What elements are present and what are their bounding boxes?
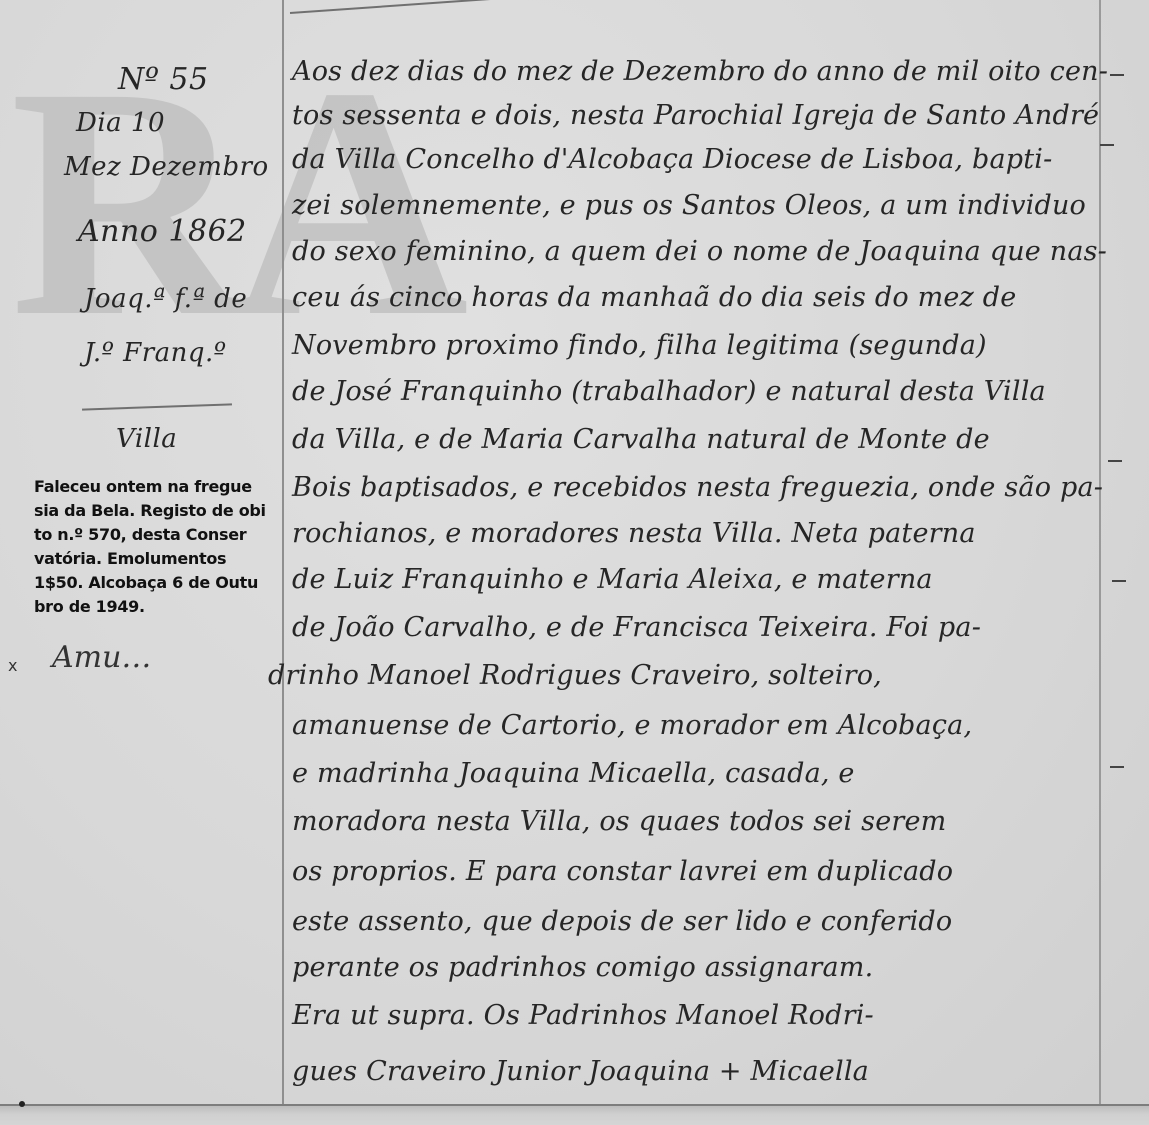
ink-spot: [19, 1101, 25, 1107]
body-line-8: de José Franquinho (trabalhador) e natur…: [292, 376, 1046, 407]
body-line-14: drinho Manoel Rodrigues Craveiro, soltei…: [268, 660, 882, 691]
body-line-11: rochianos, e moradores nesta Villa. Neta…: [292, 518, 976, 549]
annotation-line-4: vatória. Emolumentos: [34, 547, 226, 571]
annotation-line-1: Faleceu ontem na fregue: [34, 475, 252, 499]
page-bottom-edge: [0, 1104, 1149, 1125]
margin-x-mark: x: [8, 656, 17, 675]
margin-day: Dia 10: [76, 108, 165, 138]
top-pen-stroke: [290, 0, 530, 14]
left-margin-rule: [282, 0, 284, 1105]
body-line-2: tos sessenta e dois, nesta Parochial Igr…: [292, 100, 1099, 131]
annotation-line-6: bro de 1949.: [34, 595, 145, 619]
body-line-22: gues Craveiro Junior Joaquina + Micaella: [292, 1056, 869, 1087]
body-line-9: da Villa, e de Maria Carvalha natural de…: [292, 424, 990, 455]
body-line-15: amanuense de Cartorio, e morador em Alco…: [292, 710, 972, 741]
record-number: Nº 55: [118, 62, 209, 97]
annotation-signature: Amu…: [52, 640, 151, 675]
body-line-13: de João Carvalho, e de Francisca Teixeir…: [292, 612, 981, 643]
body-line-18: os proprios. E para constar lavrei em du…: [292, 856, 953, 887]
body-line-21: Era ut supra. Os Padrinhos Manoel Rodri-: [292, 1000, 874, 1031]
hyphen-mark: [1112, 580, 1126, 582]
body-line-6: ceu ás cinco horas da manhaã do dia seis…: [292, 282, 1016, 313]
hyphen-mark: [1110, 766, 1124, 768]
hyphen-mark: [1108, 460, 1122, 462]
margin-name-line2: J.º Franq.º: [84, 338, 227, 368]
body-line-20: perante os padrinhos comigo assignaram.: [292, 952, 873, 983]
margin-underline: [82, 403, 232, 410]
hyphen-mark: [1100, 144, 1114, 146]
annotation-line-2: sia da Bela. Registo de obi: [34, 499, 266, 523]
hyphen-mark: [1110, 74, 1124, 76]
body-line-10: Bois baptisados, e recebidos nesta fregu…: [292, 472, 1103, 503]
body-line-17: moradora nesta Villa, os quaes todos sei…: [292, 806, 946, 837]
body-line-7: Novembro proximo findo, filha legitima (…: [292, 330, 987, 361]
body-line-3: da Villa Concelho d'Alcobaça Diocese de …: [292, 144, 1052, 175]
margin-year: Anno 1862: [78, 214, 247, 249]
body-line-4: zei solemnemente, e pus os Santos Oleos,…: [292, 190, 1086, 221]
margin-name-line1: Joaq.ª f.ª de: [84, 284, 247, 314]
body-line-12: de Luiz Franquinho e Maria Aleixa, e mat…: [292, 564, 933, 595]
body-line-19: este assento, que depois de ser lido e c…: [292, 906, 952, 937]
annotation-line-3: to n.º 570, desta Conser: [34, 523, 246, 547]
annotation-line-5: 1$50. Alcobaça 6 de Outu: [34, 571, 258, 595]
body-line-5: do sexo feminino, a quem dei o nome de J…: [292, 236, 1107, 267]
margin-month: Mez Dezembro: [64, 152, 269, 182]
margin-place: Villa: [116, 424, 177, 454]
body-line-16: e madrinha Joaquina Micaella, casada, e: [292, 758, 855, 789]
right-margin-rule: [1099, 0, 1101, 1105]
body-line-1: Aos dez dias do mez de Dezembro do anno …: [292, 56, 1108, 87]
document-page: RA Nº 55 Dia 10 Mez Dezembro Anno 1862 J…: [0, 0, 1149, 1125]
